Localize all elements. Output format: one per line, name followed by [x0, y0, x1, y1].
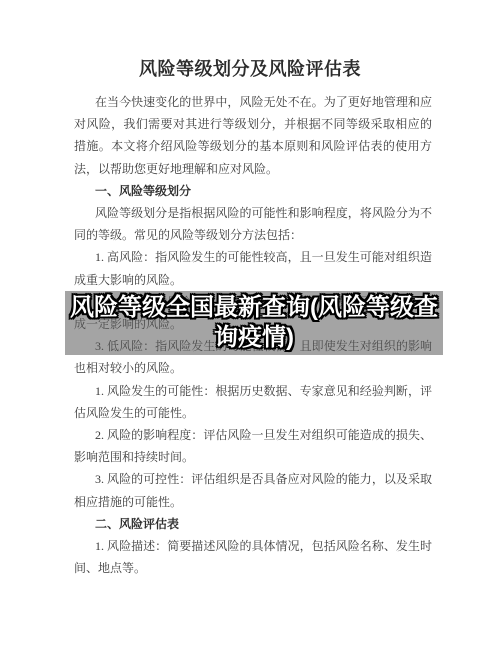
- intro-paragraph: 在当今快速变化的世界中，风险无处不在。为了更好地管理和应对风险，我们需要对其进行…: [74, 91, 432, 180]
- section2-heading: 二、风险评估表: [74, 513, 432, 535]
- criteria-item-impact: 2. 风险的影响程度：评估风险一旦发生对组织可能造成的损失、影响范围和持续时间。: [74, 424, 432, 468]
- watermark-text: 风险等级全国最新查询(风险等级查询疫情): [65, 293, 443, 353]
- risk-description-item: 1. 风险描述：简要描述风险的具体情况，包括风险名称、发生时间、地点等。: [74, 535, 432, 579]
- document-page: 风险等级划分及风险评估表 在当今快速变化的世界中，风险无处不在。为了更好地管理和…: [0, 0, 500, 647]
- section1-lead-paragraph: 风险等级划分是指根据风险的可能性和影响程度，将风险分为不同的等级。常见的风险等级…: [74, 202, 432, 246]
- criteria-item-controllability: 3. 风险的可控性：评估组织是否具备应对风险的能力，以及采取相应措施的可能性。: [74, 468, 432, 512]
- watermark-banner: 风险等级全国最新查询(风险等级查询疫情): [65, 291, 443, 355]
- document-title: 风险等级划分及风险评估表: [0, 0, 500, 81]
- risk-level-item-high: 1. 高风险：指风险发生的可能性较高，且一旦发生可能对组织造成重大影响的风险。: [74, 246, 432, 290]
- criteria-item-likelihood: 1. 风险发生的可能性：根据历史数据、专家意见和经验判断，评估风险发生的可能性。: [74, 380, 432, 424]
- section1-heading: 一、风险等级划分: [74, 180, 432, 202]
